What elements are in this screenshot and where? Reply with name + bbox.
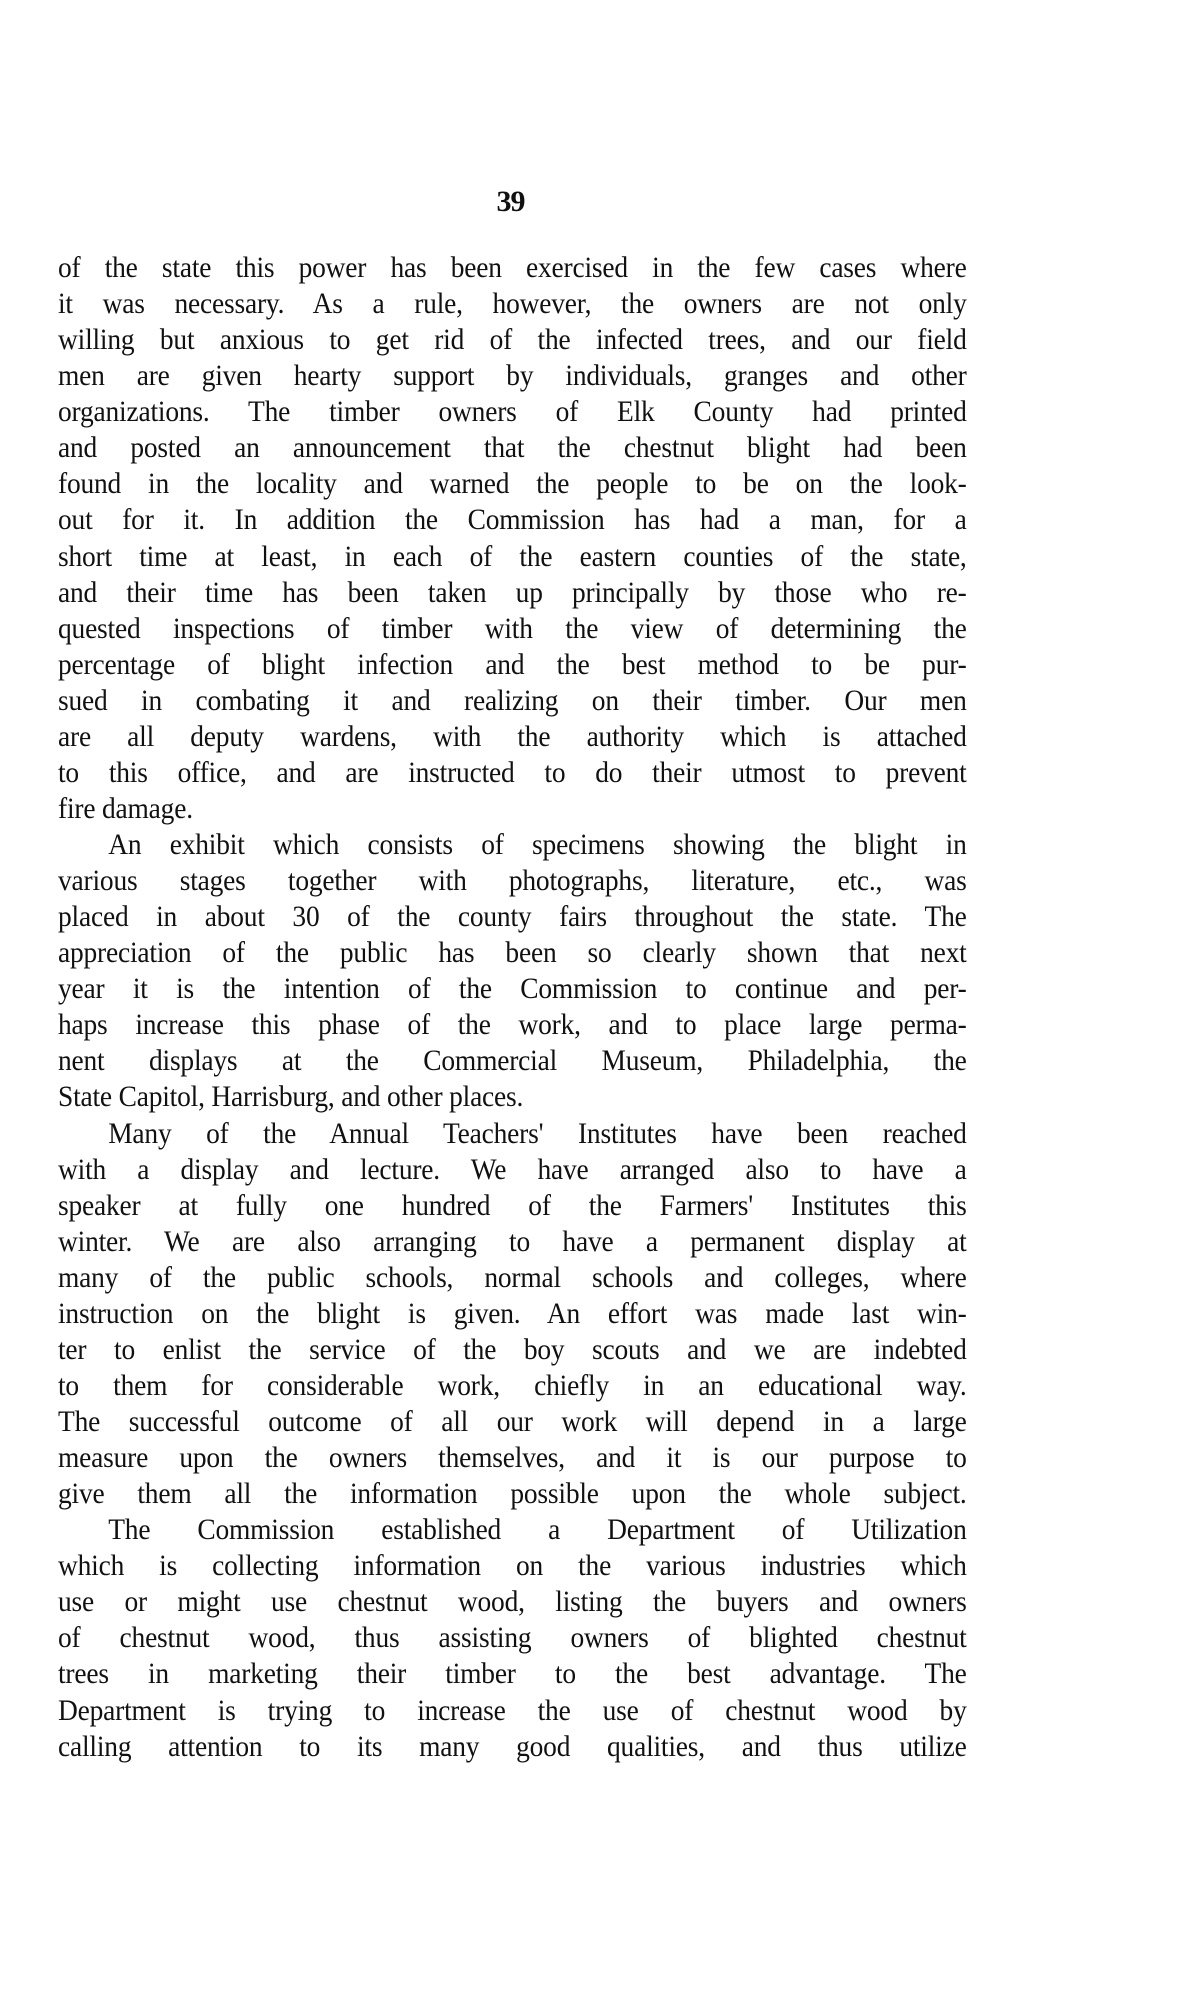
text-line: various stages together with photographs… [58, 863, 967, 899]
paragraph-4: The Commission established a Department … [58, 1512, 967, 1764]
text-line: winter. We are also arranging to have a … [58, 1224, 967, 1260]
text-line: calling attention to its many good quali… [58, 1729, 967, 1765]
text-line: appreciation of the public has been so c… [58, 935, 967, 971]
text-line: and their time has been taken up princip… [58, 575, 967, 611]
text-line: which is collecting information on the v… [58, 1548, 967, 1584]
page-number: 39 [0, 184, 1021, 220]
text-line: The successful outcome of all our work w… [58, 1404, 967, 1440]
text-line: speaker at fully one hundred of the Farm… [58, 1188, 967, 1224]
text-line: An exhibit which consists of specimens s… [58, 827, 967, 863]
text-line: are all deputy wardens, with the authori… [58, 719, 967, 755]
text-line: out for it. In addition the Commission h… [58, 502, 967, 538]
text-line: and posted an announcement that the ches… [58, 430, 967, 466]
text-line: to this office, and are instructed to do… [58, 755, 967, 791]
text-line: men are given hearty support by individu… [58, 358, 967, 394]
paragraph-1: of the state this power has been exercis… [58, 250, 967, 827]
text-line: Department is trying to increase the use… [58, 1693, 967, 1729]
paragraph-3: Many of the Annual Teachers' Institutes … [58, 1116, 967, 1513]
text-line: Many of the Annual Teachers' Institutes … [58, 1116, 967, 1152]
text-line: placed in about 30 of the county fairs t… [58, 899, 967, 935]
text-line: use or might use chestnut wood, listing … [58, 1584, 967, 1620]
text-line: haps increase this phase of the work, an… [58, 1007, 967, 1043]
text-line: with a display and lecture. We have arra… [58, 1152, 967, 1188]
text-line: short time at least, in each of the east… [58, 539, 967, 575]
text-line: give them all the information possible u… [58, 1476, 967, 1512]
text-line: many of the public schools, normal schoo… [58, 1260, 967, 1296]
text-line: percentage of blight infection and the b… [58, 647, 967, 683]
paragraph-2: An exhibit which consists of specimens s… [58, 827, 967, 1116]
text-line: quested inspections of timber with the v… [58, 611, 967, 647]
text-line: year it is the intention of the Commissi… [58, 971, 967, 1007]
text-line: measure upon the owners themselves, and … [58, 1440, 967, 1476]
text-line: it was necessary. As a rule, however, th… [58, 286, 967, 322]
text-line: ter to enlist the service of the boy sco… [58, 1332, 967, 1368]
text-line: sued in combating it and realizing on th… [58, 683, 967, 719]
text-line: instruction on the blight is given. An e… [58, 1296, 967, 1332]
text-line: of chestnut wood, thus assisting owners … [58, 1620, 967, 1656]
text-line: willing but anxious to get rid of the in… [58, 322, 967, 358]
text-line: The Commission established a Department … [58, 1512, 967, 1548]
body-text: of the state this power has been exercis… [58, 250, 967, 1765]
text-line: organizations. The timber owners of Elk … [58, 394, 967, 430]
text-line: of the state this power has been exercis… [58, 250, 967, 286]
text-line: trees in marketing their timber to the b… [58, 1656, 967, 1692]
text-line: nent displays at the Commercial Museum, … [58, 1043, 967, 1079]
text-line: fire damage. [58, 791, 967, 827]
text-line: found in the locality and warned the peo… [58, 466, 967, 502]
text-line: State Capitol, Harrisburg, and other pla… [58, 1079, 967, 1115]
text-line: to them for considerable work, chiefly i… [58, 1368, 967, 1404]
